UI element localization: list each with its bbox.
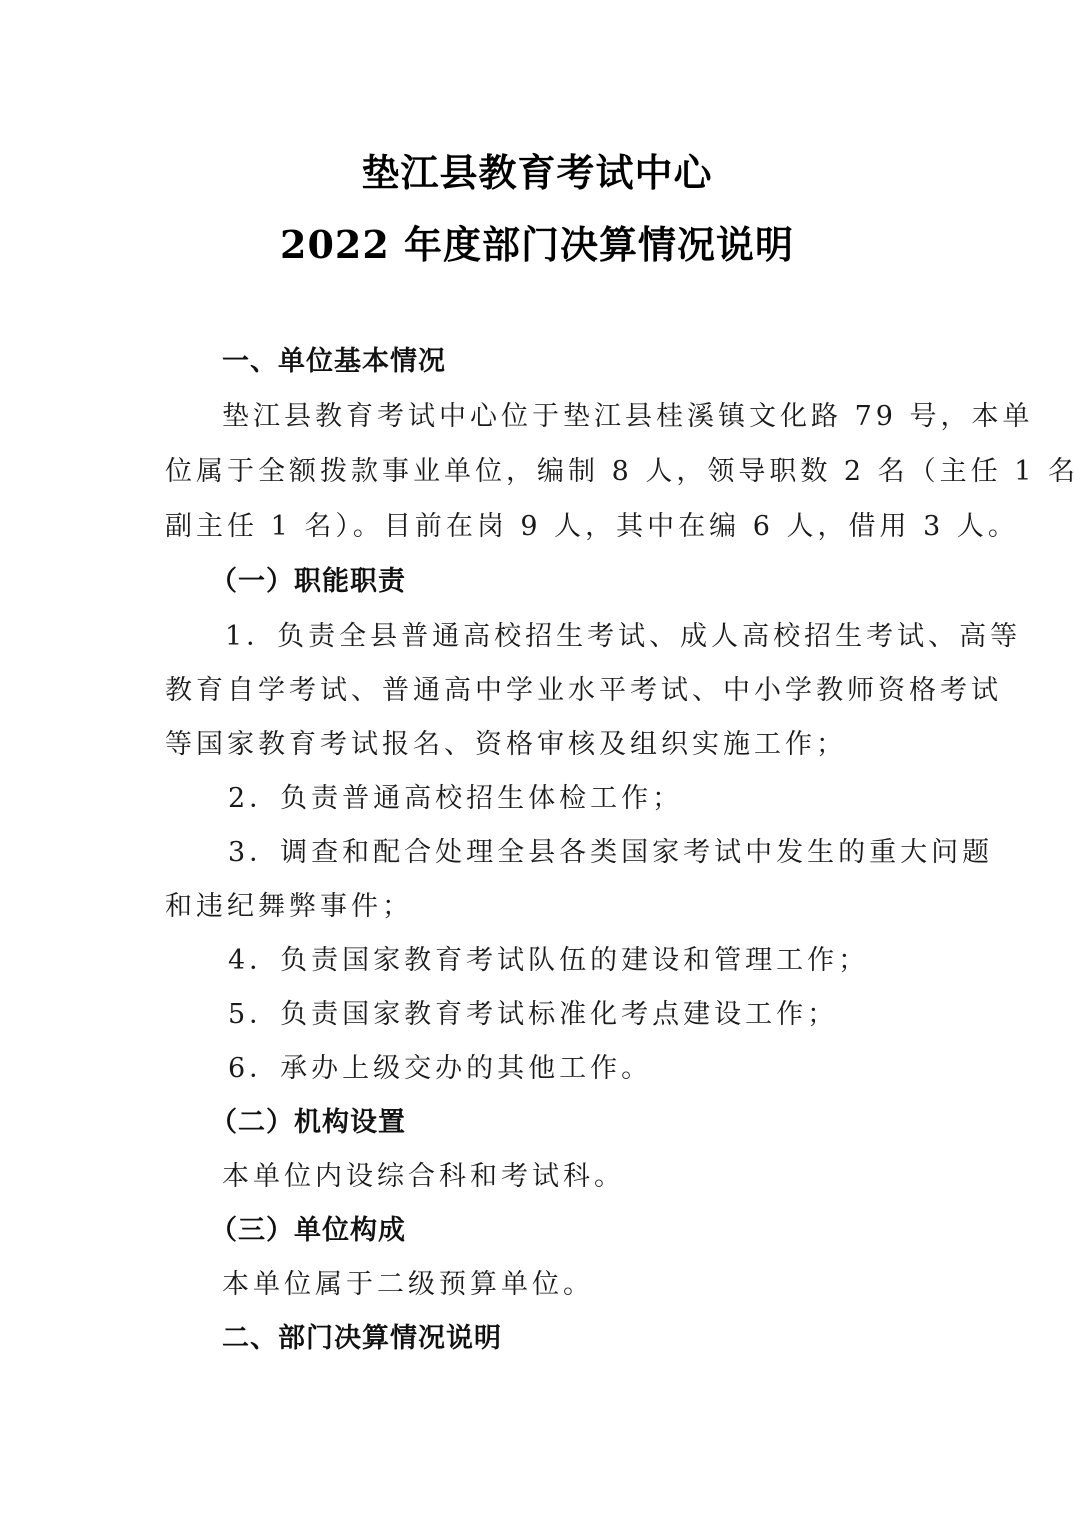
list-item-line: 4．负责国家教育考试队伍的建设和管理工作；: [228, 944, 869, 978]
list-item-line: 3．调查和配合处理全县各类国家考试中发生的重大问题: [228, 836, 993, 870]
paragraph-line: 垫江县教育考试中心位于垫江县桂溪镇文化路 79 号，本单: [222, 400, 1034, 434]
paragraph-line: 副主任 1 名）。目前在岗 9 人，其中在编 6 人，借用 3 人。: [165, 510, 1019, 544]
document-page: 垫江县教育考试中心 2022 年度部门决算情况说明 一、单位基本情况 垫江县教育…: [0, 0, 1074, 1520]
list-item-line: 等国家教育考试报名、资格审核及组织实施工作；: [165, 728, 847, 762]
list-item-line: 2．负责普通高校招生体检工作；: [228, 782, 683, 816]
paragraph-line: 位属于全额拨款事业单位，编制 8 人，领导职数 2 名（主任 1 名，: [165, 455, 1074, 489]
list-item-line: 6．承办上级交办的其他工作。: [228, 1052, 652, 1086]
section-2-heading: 二、部门决算情况说明: [222, 1322, 502, 1356]
list-item-line: 1．负责全县普通高校招生考试、成人高校招生考试、高等: [225, 620, 1021, 654]
list-item-line: 教育自学考试、普通高中学业水平考试、中小学教师资格考试: [165, 674, 1002, 708]
subsection-2-text: 本单位内设综合科和考试科。: [222, 1160, 625, 1194]
list-item-line: 5．负责国家教育考试标准化考点建设工作；: [228, 998, 838, 1032]
list-item-line: 和违纪舞弊事件；: [165, 890, 413, 924]
subsection-2-heading: （二）机构设置: [210, 1106, 406, 1140]
document-title-line-2: 2022 年度部门决算情况说明: [0, 222, 1074, 268]
document-title-line-1: 垫江县教育考试中心: [0, 150, 1074, 196]
subsection-1-heading: （一）职能职责: [210, 565, 406, 599]
subsection-3-text: 本单位属于二级预算单位。: [222, 1268, 594, 1302]
section-1-heading: 一、单位基本情况: [222, 345, 446, 379]
subsection-3-heading: （三）单位构成: [210, 1214, 406, 1248]
